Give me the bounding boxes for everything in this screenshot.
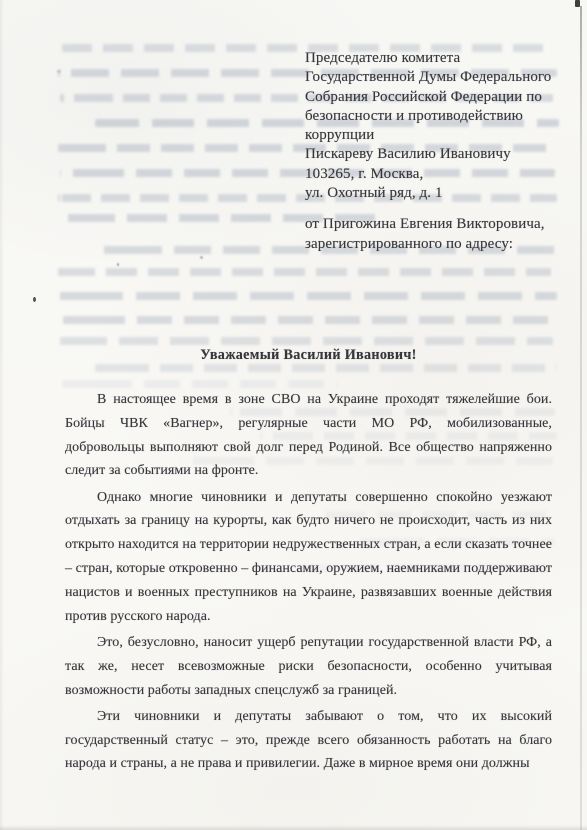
salutation-heading: Уважаемый Василий Иванович! (65, 347, 552, 364)
bleedthrough-line (95, 364, 557, 372)
scan-speck (57, 70, 61, 73)
addressee-line: Собрания Российской Федерации по (305, 88, 573, 107)
bleedthrough-line (58, 268, 551, 276)
addressee-line: 103265, г. Москва, (305, 165, 573, 184)
bleedthrough-line (58, 316, 555, 324)
bleedthrough-line (60, 292, 557, 300)
addressee-line: коррупции (305, 126, 573, 145)
scan-speck (33, 297, 36, 302)
letter-body: В настоящее время в зоне СВО на Украине … (65, 388, 552, 779)
scanned-letter-page: Председателю комитетаГосударственной Дум… (0, 0, 587, 830)
addressee-line: Пискареву Василию Ивановичу (305, 145, 573, 164)
addressee-line: Председателю комитета (305, 49, 573, 68)
body-paragraph: В настоящее время в зоне СВО на Украине … (65, 388, 552, 483)
scan-speck (200, 256, 203, 259)
addressee-line: Государственной Думы Федерального (305, 68, 573, 87)
body-paragraph: Эти чиновники и депутаты забывают о том,… (65, 705, 552, 776)
addressee-block: Председателю комитетаГосударственной Дум… (305, 49, 573, 203)
body-paragraph: Однако многие чиновники и депутаты совер… (65, 486, 552, 629)
addressee-line: безопасности и противодействию (305, 107, 573, 126)
sender-line: от Пригожина Евгения Викторовича, (305, 215, 575, 235)
scan-speck (117, 263, 119, 266)
body-paragraph: Это, безусловно, наносит ущерб репутации… (65, 631, 552, 702)
sender-block: от Пригожина Евгения Викторовича,зарегис… (305, 215, 575, 255)
bleedthrough-line (60, 337, 553, 345)
scan-speck (575, 0, 580, 7)
addressee-line: ул. Охотный ряд, д. 1 (305, 184, 573, 203)
bleedthrough-line (62, 380, 337, 388)
sender-line: зарегистрированного по адресу: (305, 235, 575, 255)
